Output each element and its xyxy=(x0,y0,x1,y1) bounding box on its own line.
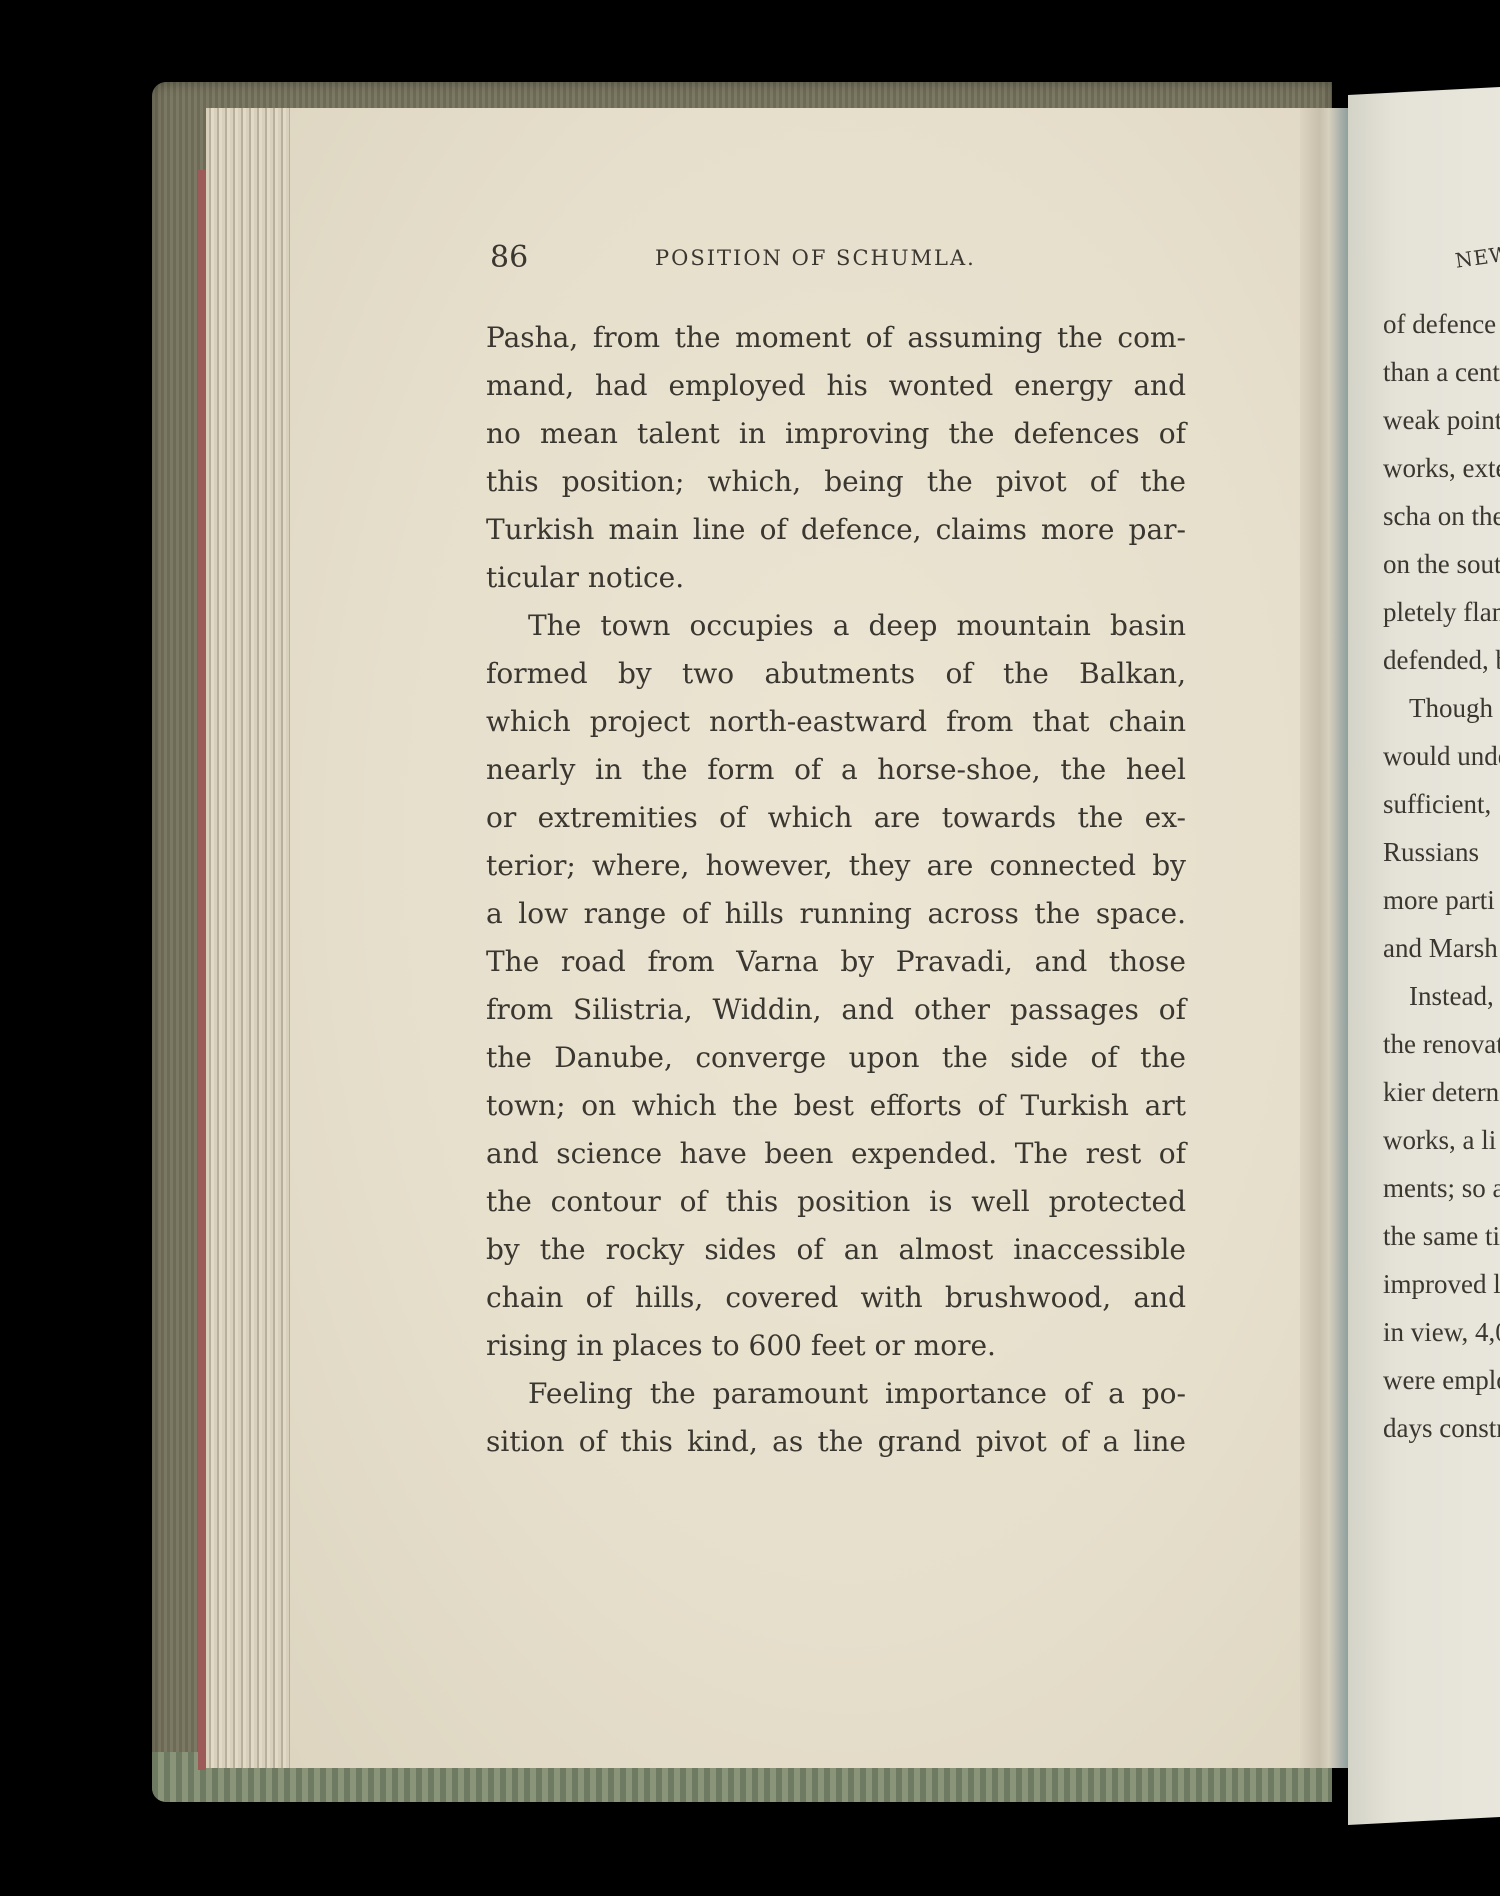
running-head: POSITION OF SCHUMLA. xyxy=(655,246,976,270)
text-line: pletely flan xyxy=(1383,588,1500,636)
left-page-header: 86 POSITION OF SCHUMLA. xyxy=(490,240,1180,280)
text-line: Though xyxy=(1383,684,1500,732)
left-page-body: Pasha, from the moment of assuming the c… xyxy=(486,314,1186,1466)
text-line: sition of this kind, as the grand pivot … xyxy=(486,1418,1186,1466)
text-line: the Danube, converge upon the side of th… xyxy=(486,1034,1186,1082)
text-line: The town occupies a deep mountain basin xyxy=(486,602,1186,650)
text-line: town; on which the best efforts of Turki… xyxy=(486,1082,1186,1130)
text-line: kier detern xyxy=(1383,1068,1500,1116)
text-line: Instead, xyxy=(1383,972,1500,1020)
text-line: more parti xyxy=(1383,876,1500,924)
text-line: by the rocky sides of an almost inaccess… xyxy=(486,1226,1186,1274)
text-line: Turkish main line of defence, claims mor… xyxy=(486,506,1186,554)
text-line: Feeling the paramount importance of a po… xyxy=(486,1370,1186,1418)
text-line: chain of hills, covered with brushwood, … xyxy=(486,1274,1186,1322)
text-line: works, a li xyxy=(1383,1116,1500,1164)
red-edge-strip xyxy=(198,170,206,1770)
text-line: which project north-eastward from that c… xyxy=(486,698,1186,746)
text-line: scha on the xyxy=(1383,492,1500,540)
text-line: terior; where, however, they are connect… xyxy=(486,842,1186,890)
text-line: mand, had employed his wonted energy and xyxy=(486,362,1186,410)
text-line: Russians xyxy=(1383,828,1500,876)
text-line: in view, 4,0 xyxy=(1383,1308,1500,1356)
text-line: ments; so a xyxy=(1383,1164,1500,1212)
page-stack-edges xyxy=(206,108,290,1768)
page-number: 86 xyxy=(490,240,528,275)
text-line: than a centu xyxy=(1383,348,1500,396)
text-line: from Silistria, Widdin, and other passag… xyxy=(486,986,1186,1034)
text-line: weak point xyxy=(1383,396,1500,444)
text-line: the same ti xyxy=(1383,1212,1500,1260)
text-line: would unde xyxy=(1383,732,1500,780)
text-line: formed by two abutments of the Balkan, xyxy=(486,650,1186,698)
book-gutter xyxy=(1300,108,1348,1768)
text-line: or extremities of which are towards the … xyxy=(486,794,1186,842)
text-line: and Marsh xyxy=(1383,924,1500,972)
text-line: the contour of this position is well pro… xyxy=(486,1178,1186,1226)
text-line: no mean talent in improving the defences… xyxy=(486,410,1186,458)
text-line: ticular notice. xyxy=(486,554,1186,602)
text-line: the renovat xyxy=(1383,1020,1500,1068)
text-line: on the sout xyxy=(1383,540,1500,588)
text-line: The road from Varna by Pravadi, and thos… xyxy=(486,938,1186,986)
right-page-body: of defence o than a centu weak point wor… xyxy=(1383,300,1500,1452)
text-line: were emplo xyxy=(1383,1356,1500,1404)
text-line: improved li xyxy=(1383,1260,1500,1308)
text-line: a low range of hills running across the … xyxy=(486,890,1186,938)
text-line: this position; which, being the pivot of… xyxy=(486,458,1186,506)
text-line: days constru xyxy=(1383,1404,1500,1452)
text-line: and science have been expended. The rest… xyxy=(486,1130,1186,1178)
text-line: of defence o xyxy=(1383,300,1500,348)
text-line: works, exte xyxy=(1383,444,1500,492)
text-line: Pasha, from the moment of assuming the c… xyxy=(486,314,1186,362)
text-line: defended, b xyxy=(1383,636,1500,684)
text-line: nearly in the form of a horse-shoe, the … xyxy=(486,746,1186,794)
text-line: sufficient, xyxy=(1383,780,1500,828)
text-line: rising in places to 600 feet or more. xyxy=(486,1322,1186,1370)
